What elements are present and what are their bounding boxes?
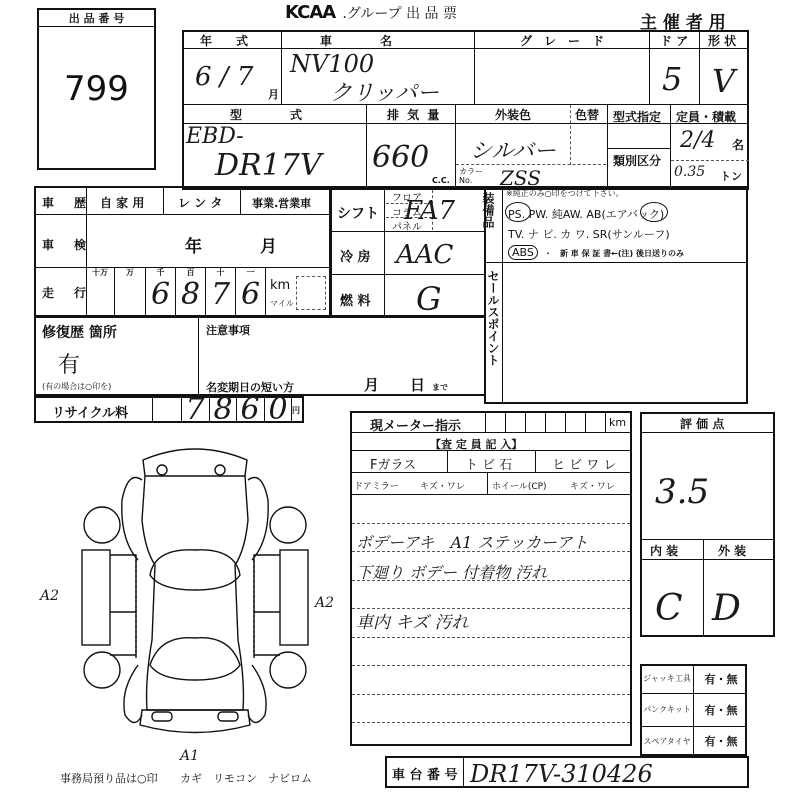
caution-until: まで [432,382,448,393]
grade-label: グ レ ー ド [520,32,604,49]
shift-value: FA7 [404,196,455,226]
mileage-digit-value: 6 [146,278,175,312]
mileage-digit-column: 万 [115,267,146,317]
accessory-value[interactable]: 有・無 [695,693,747,726]
month-unit: 月 [268,86,279,102]
mileage-digit-column: 百8 [176,267,206,317]
inspection-label: 車 検 [42,236,90,253]
equipment-side-label: 装備品 [487,192,499,228]
inspector-note-2: 下廻り ボデー 付着物 汚れ [356,560,547,583]
category-label: 類別区分 [613,152,661,169]
history-label: 車 歴 [42,194,90,211]
inspector-note-3: 車内 キズ 汚れ [356,608,468,633]
diagram-left-mark: A2 [40,588,59,604]
inspector-crack[interactable]: ヒ ビ ワ レ [552,454,616,473]
repair-note: (有の場合は○印を) [42,381,111,392]
exterior-value: D [712,588,741,629]
type-designation-label: 型式指定 [613,108,661,125]
exterior-label: 外 装 [718,542,746,559]
car-body-diagram[interactable] [80,440,310,740]
car-name-value-2: クリッパー [330,76,439,107]
mileage-digit-column: 十7 [206,267,236,317]
mileage-digit-value: 8 [176,278,205,312]
circle-ab-mark [640,202,668,222]
interior-value: C [655,588,683,629]
color-change-label: 色替 [575,106,599,123]
recycle-digit: 7 [181,392,209,427]
caution-day-unit: 日 [410,374,425,395]
mileage-digit-header: 万 [115,267,145,278]
inspection-year-unit: 年 [185,232,202,257]
capacity-value: 2/4 [680,128,715,153]
diagram-right-mark: A2 [315,595,334,611]
model-value-1: EBD- [186,124,244,149]
accessory-label: スペアタイヤ [642,726,692,756]
history-option-business[interactable]: 事業.営業車 [252,195,311,211]
year-label: 年 式 [200,32,248,49]
equipment-line-2[interactable]: TV. ナ ビ. カ ワ. SR(サンルーフ) [508,226,670,242]
inspector-fglass[interactable]: Fガラス [370,454,416,473]
accessory-label: パンクキット [642,693,692,726]
diagram-footer-items[interactable]: カギ リモコン ナビロム [180,770,312,786]
interior-label: 内 装 [650,542,678,559]
chassis-value: DR17V-310426 [470,760,653,788]
equipment-line-3[interactable]: ・ 新 車 保 証 書←(注) 後日送りのみ [544,248,684,259]
recycle-digit: 6 [236,392,264,427]
recycle-digit: 8 [209,392,237,427]
meter-unit: km [609,416,626,429]
meter-label: 現メーター指示 [370,415,461,434]
model-label: 型 式 [230,106,302,123]
inspector-mirror-label: ドアミラー [354,479,399,492]
mileage-digit-column: 千6 [146,267,176,317]
displacement-label: 排 気 量 [387,106,441,123]
recycle-unit: 円 [292,405,300,416]
load-unit: トン [720,168,742,184]
inspector-wheel-value[interactable]: キズ・ワレ [570,479,615,492]
inspector-note-1: ボデーアキ A1 ステッカーアト [356,530,588,553]
diagram-footer-label: 事務局預り品は○印 [60,770,158,786]
lot-number: 799 [39,69,154,109]
car-name-label: 車 名 [320,32,392,49]
inspection-month-unit: 月 [260,232,277,257]
displacement-value: 660 [372,140,429,175]
caution-month-unit: 月 [364,374,379,395]
door-value: 5 [662,60,682,98]
mileage-digit-header: 十万 [86,267,114,278]
displacement-unit: C.C. [432,176,450,185]
equipment-abs[interactable]: ABS [508,245,538,260]
inspector-chip[interactable]: ト ビ 石 [465,454,512,473]
mileage-digit-column: 一6 [236,267,266,317]
score-value: 3.5 [655,472,709,512]
color-value: シルバー [470,134,556,165]
shift-label: シフト [337,203,379,223]
accessory-value[interactable]: 有・無 [695,726,747,756]
header: KCAA .グループ 出 品 票 [285,2,535,24]
history-option-rental[interactable]: レ ン タ [178,194,222,211]
recycle-label: リサイクル料 [52,402,128,421]
recycle-digit: 0 [264,392,292,427]
history-option-private[interactable]: 自 家 用 [100,194,144,211]
inspector-wheel-label: ホイール(CP) [492,479,547,492]
year-value: 6 / 7 [195,62,253,92]
mileage-digit-value: 6 [236,278,265,312]
ac-value: AAC [396,240,453,270]
accessory-label: ジャッキ工具 [642,664,692,693]
repair-label: 修復歴 箇所 [42,322,117,342]
equipment-note: ※純正のみ○印をつけて下さい。 [506,188,624,199]
inspector-header: 【査 定 員 記 入】 [430,436,522,452]
inspector-mirror-value[interactable]: キズ・ワレ [420,479,465,492]
door-label: ド ア [660,32,688,49]
caution-label: 注意事項 [206,322,250,338]
circle-ps-mark [505,202,531,222]
shape-label: 形 状 [708,32,736,49]
mileage-digit-column: 十万 [86,267,115,317]
car-name-value-1: NV100 [290,50,374,78]
load-value: 0.35 [674,164,705,180]
accessory-value[interactable]: 有・無 [695,664,747,693]
chassis-label: 車 台 番 号 [392,764,458,783]
capacity-unit: 名 [732,136,744,153]
mileage-unit-box[interactable] [296,276,326,310]
shape-value: V [712,62,735,100]
fuel-value: G [416,280,442,318]
header-title: .グループ 出 品 票 [342,6,457,22]
diagram-bottom-mark: A1 [180,748,199,764]
lot-number-label: 出 品 番 号 [39,10,154,27]
mileage-unit-km: km [270,278,290,293]
lot-number-box: 出 品 番 号 799 [37,8,156,170]
mileage-unit-mile: マイル [270,298,294,309]
sales-point-label: セールスポイント [487,270,499,366]
mileage-digit-value: 7 [206,278,235,312]
mileage-label: 走 行 [42,284,90,301]
kcaa-logo: KCAA [285,2,335,23]
repair-value[interactable]: 有 [58,348,80,379]
color-label: 外装色 [495,106,531,123]
ac-label: 冷 房 [340,246,371,265]
fuel-label: 燃 料 [340,290,371,309]
color-no-label: カラー No. [459,167,483,185]
score-label: 評 価 点 [680,415,724,432]
model-value-2: DR17V [215,148,321,183]
